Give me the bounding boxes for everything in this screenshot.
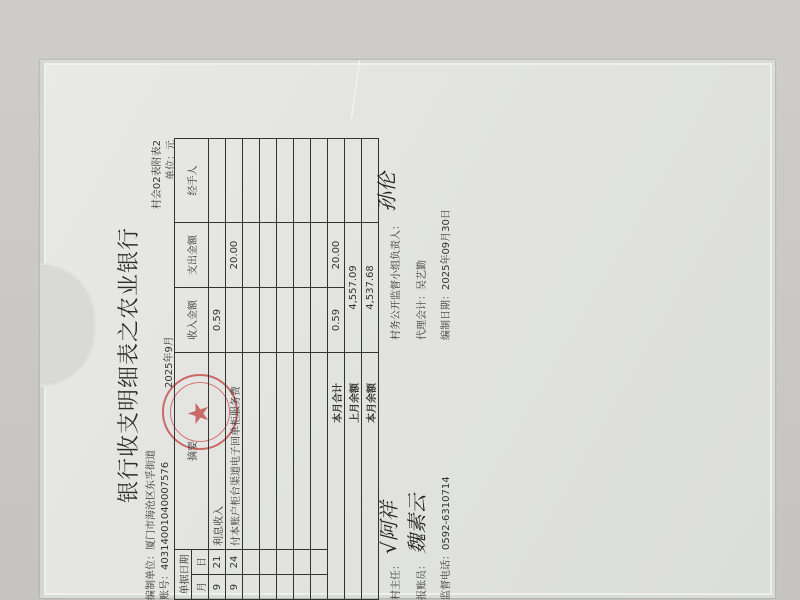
bookkeeper-label: 报账员： [417, 560, 428, 600]
village-head-signature: √阿祥 [373, 501, 402, 554]
header-handler: 经手人 [175, 139, 209, 223]
prev-balance-value: 4,557.09 [345, 223, 362, 353]
sleeve-thumb-notch [40, 263, 96, 387]
curr-balance-value: 4,537.68 [362, 223, 379, 353]
cell-day: 21 [209, 550, 226, 575]
month-total-expense: 20.00 [328, 223, 345, 288]
curr-balance-label: 本月余额 [362, 353, 379, 600]
cell-month: 9 [209, 575, 226, 600]
header-month: 月 [192, 575, 209, 600]
hotline-value: 0592-6310714 [441, 476, 452, 550]
bookkeeper-line: 报账员： 魏素云 [413, 560, 428, 600]
cell-month: 9 [226, 575, 243, 600]
form-number: 村会02表附表2 [148, 140, 163, 209]
header-row: 单据日期 摘要 收入金额 支出金额 经手人 [175, 139, 192, 600]
bookkeeper-signature: 魏素云 [401, 494, 430, 554]
cell-day: 24 [226, 550, 243, 575]
village-head-line: 村主任： √阿祥 [387, 560, 402, 600]
cell-income: 0.59 [209, 288, 226, 353]
hotline-line: 监督电话：0592-6310714 [437, 476, 452, 600]
compile-date-value: 2025年09月30日 [441, 209, 452, 290]
header-date: 单据日期 [175, 550, 192, 600]
header-day: 日 [192, 550, 209, 575]
table-row: 9 21 利息收入 0.59 [209, 139, 226, 600]
prev-balance-row: 上月余额 4,557.09 [345, 139, 362, 600]
org-line: 编制单位：厦门市海沧区东孚街道 [142, 450, 157, 600]
header-expense: 支出金额 [175, 223, 209, 288]
cell-handler [226, 139, 243, 223]
cell-summary: 付本账户柜台渠道电子回单柜服务费 [226, 353, 243, 550]
cell-expense: 20.00 [226, 223, 243, 288]
cell-expense [209, 223, 226, 288]
cell-summary: 利息收入 [209, 353, 226, 550]
month-total-label: 本月合计 [328, 353, 345, 600]
header-summary: 摘要 [175, 353, 209, 550]
village-head-label: 村主任： [391, 560, 402, 600]
account-value: 40314001040007576 [160, 462, 171, 570]
supervisor-signature: 孙伦 [371, 172, 400, 212]
table-row-empty [260, 139, 277, 600]
table-row-empty [243, 139, 260, 600]
table-row-empty [311, 139, 328, 600]
agent-accountant-label: 代理会计： [417, 290, 428, 340]
agent-accountant-name: 吴艺勤 [417, 260, 428, 290]
bank-statement-document: 银行收支明细表之农业银行 编制单位：厦门市海沧区东孚街道 账号：40314001… [112, 130, 452, 600]
hotline-label: 监督电话： [441, 550, 452, 600]
period: 2025年9月 [160, 336, 175, 388]
cell-income [226, 288, 243, 353]
account-label: 账号： [160, 570, 171, 600]
table-row-empty [277, 139, 294, 600]
ledger-table: 单据日期 摘要 收入金额 支出金额 经手人 月 日 9 21 利息收入 0.59… [174, 138, 379, 600]
compile-date-line: 编制日期：2025年09月30日 [437, 209, 452, 340]
supervisor-line: 村务公开监督小组负责人： 孙伦 [387, 220, 402, 340]
table-row: 9 24 付本账户柜台渠道电子回单柜服务费 20.00 [226, 139, 243, 600]
supervisor-label: 村务公开监督小组负责人： [391, 220, 402, 340]
account-line: 账号：40314001040007576 [156, 462, 171, 600]
header-income: 收入金额 [175, 288, 209, 353]
agent-accountant-line: 代理会计：吴艺勤 [413, 260, 428, 340]
month-total-income: 0.59 [328, 288, 345, 353]
document-title: 银行收支明细表之农业银行 [112, 130, 143, 600]
cell-handler [209, 139, 226, 223]
month-total-row: 本月合计 0.59 20.00 [328, 139, 345, 600]
compile-date-label: 编制日期： [441, 290, 452, 340]
table-row-empty [294, 139, 311, 600]
prev-balance-label: 上月余额 [345, 353, 362, 600]
